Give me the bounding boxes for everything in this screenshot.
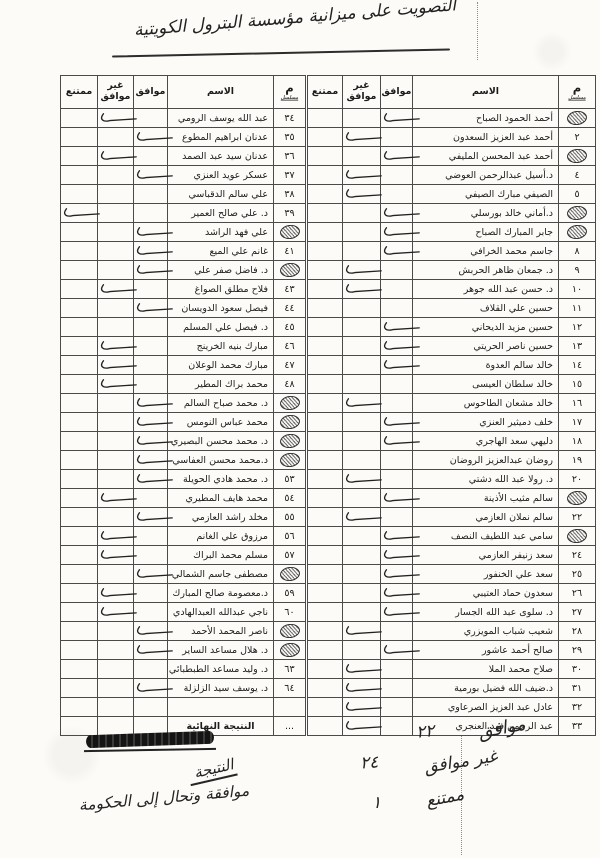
vote-disagree-cell: [98, 318, 134, 337]
table-row: ٣٢عادل عبد العزيز الصرعاوي: [308, 698, 596, 717]
stamp-mark: [566, 224, 588, 240]
vote-abstain-cell: [61, 318, 98, 337]
vote-abstain-cell: [61, 185, 98, 204]
table-row: ٣٦عدنان سيد عبد الصمد: [61, 147, 306, 166]
checkmark-icon: [343, 169, 383, 181]
table-row: ٨جاسم محمد الخرافي: [308, 242, 596, 261]
vote-abstain-cell: [61, 166, 98, 185]
vote-disagree-cell: [98, 280, 134, 299]
table-row: ٢٨شعيب شباب المويزري: [308, 622, 596, 641]
member-number-cell: ٤٧: [274, 356, 306, 375]
member-number-cell: ١٤: [559, 356, 596, 375]
table-row: ٣٩د. علي صالح العمير: [61, 204, 306, 223]
vote-agree-cell: [381, 337, 413, 356]
table-row: ٣٨علي سالم الدقباسي: [61, 185, 306, 204]
vote-agree-cell: [381, 698, 413, 717]
member-name-cell: [168, 698, 274, 717]
table-row: ٥٧مسلم محمد البراك: [61, 546, 306, 565]
col-header-number: م مسلسل: [559, 76, 596, 109]
table-row: ٤د.أسيل عبدالرحمن العوضي: [308, 166, 596, 185]
table-row: سالم مثيب الأذينة: [308, 489, 596, 508]
vote-disagree-cell: [98, 641, 134, 660]
vote-abstain-cell: [61, 337, 98, 356]
stamp-mark: [279, 642, 301, 658]
vote-disagree-cell: [343, 413, 381, 432]
member-name-cell: ناصر المحمد الأحمد: [168, 622, 274, 641]
member-number-cell: ٢٢: [559, 508, 596, 527]
member-number-cell: ١٢: [559, 318, 596, 337]
table-row: ٤٣فلاح مطلق الصواغ: [61, 280, 306, 299]
stamp-mark: [279, 414, 301, 430]
member-name-cell: محمد هايف المطيري: [168, 489, 274, 508]
vote-disagree-cell: [343, 223, 381, 242]
vote-abstain-cell: [61, 394, 98, 413]
col-header-abstain: ممتنع: [308, 76, 343, 109]
checkmark-icon: [343, 283, 383, 295]
vote-abstain-cell: [308, 280, 343, 299]
table-row: ٥٩د.معصومة صالح المبارك: [61, 584, 306, 603]
vote-abstain-cell: [61, 508, 98, 527]
checkmark-icon: [98, 492, 138, 504]
vote-agree-cell: [381, 603, 413, 622]
table-row: ٤٨محمد براك المطير: [61, 375, 306, 394]
vote-abstain-cell: [308, 546, 343, 565]
table-row: ٥٥مخلد راشد العازمي: [61, 508, 306, 527]
member-name-cell: أحمد عبد العزيز السعدون: [413, 128, 559, 147]
vote-disagree-cell: [343, 679, 381, 698]
vote-agree-cell: [381, 375, 413, 394]
member-name-cell: عسكر عويد العنزي: [168, 166, 274, 185]
table-row: ٢٥سعد علي الخنفور: [308, 565, 596, 584]
vote-disagree-cell: [343, 622, 381, 641]
table-row: ناصر المحمد الأحمد: [61, 622, 306, 641]
vote-abstain-cell: [61, 128, 98, 147]
vote-disagree-cell: [98, 261, 134, 280]
checkmark-icon: [98, 378, 138, 390]
member-name-cell: عادل عبد العزيز الصرعاوي: [413, 698, 559, 717]
table-row: د.محمد محسن العفاسي: [61, 451, 306, 470]
member-name-cell: د. محمد هادي الحويلة: [168, 470, 274, 489]
table-row: د. فاضل صفر علي: [61, 261, 306, 280]
vote-abstain-cell: [308, 565, 343, 584]
vote-disagree-cell: [343, 356, 381, 375]
member-number-cell: ٢٤: [559, 546, 596, 565]
vote-disagree-cell: [343, 546, 381, 565]
vote-agree-cell: [381, 470, 413, 489]
vote-abstain-cell: [308, 299, 343, 318]
number-header-label: م: [274, 82, 305, 95]
vote-agree-cell: [381, 394, 413, 413]
member-name-cell: فيصل سعود الدويسان: [168, 299, 274, 318]
vote-abstain-cell: [308, 223, 343, 242]
member-number-cell: [274, 432, 306, 451]
vote-agree-cell: [134, 128, 168, 147]
checkmark-icon: [343, 511, 383, 523]
member-number-cell: ٣٠: [559, 660, 596, 679]
vote-disagree-cell: [343, 470, 381, 489]
vote-disagree-cell: [98, 470, 134, 489]
vote-disagree-cell: [98, 223, 134, 242]
member-name-cell: د. علي صالح العمير: [168, 204, 274, 223]
member-name-cell: علي فهد الراشد: [168, 223, 274, 242]
vote-disagree-cell: [98, 337, 134, 356]
table-row: د. محمد صباح السالم: [61, 394, 306, 413]
checkmark-icon: [343, 473, 383, 485]
vote-agree-cell: [381, 166, 413, 185]
member-number-cell: [274, 261, 306, 280]
member-number-cell: ٣٦: [274, 147, 306, 166]
checkmark-icon: [343, 625, 383, 637]
vote-disagree-cell: [343, 204, 381, 223]
checkmark-icon: [98, 283, 138, 295]
member-name-cell: صالح أحمد عاشور: [413, 641, 559, 660]
member-name-cell: خالد سلطان العيسى: [413, 375, 559, 394]
member-number-cell: ١١: [559, 299, 596, 318]
vote-abstain-cell: [61, 204, 98, 223]
vote-abstain-cell: [308, 603, 343, 622]
member-name-cell: خالد مشعان الطاحوس: [413, 394, 559, 413]
member-number-cell: ٢٨: [559, 622, 596, 641]
col-header-disagree: غير موافق: [343, 76, 381, 109]
table-row: ١٤خالد سالم العدوة: [308, 356, 596, 375]
table-row: أحمد الحمود الصباح: [308, 109, 596, 128]
table-row: ٤٧مبارك محمد الوعلان: [61, 356, 306, 375]
vote-agree-cell: [134, 489, 168, 508]
vote-abstain-cell: [61, 261, 98, 280]
member-number-cell: ٥٥: [274, 508, 306, 527]
vote-abstain-cell: [308, 698, 343, 717]
vote-agree-cell: [381, 185, 413, 204]
member-number-cell: ١٣: [559, 337, 596, 356]
member-number-cell: [559, 527, 596, 546]
vote-abstain-cell: [61, 470, 98, 489]
col-header-name: الاسم: [413, 76, 559, 109]
vote-disagree-cell: [98, 299, 134, 318]
checkmark-icon: [343, 682, 383, 694]
vote-agree-cell: [134, 356, 168, 375]
vote-disagree-cell: [343, 584, 381, 603]
vote-agree-cell: [134, 584, 168, 603]
vote-disagree-cell: [343, 166, 381, 185]
vote-disagree-cell: [343, 318, 381, 337]
member-name-cell: أحمد الحمود الصباح: [413, 109, 559, 128]
table-row: ١١حسين علي القلاف: [308, 299, 596, 318]
member-name-cell: د.أسيل عبدالرحمن العوضي: [413, 166, 559, 185]
vote-abstain-cell: [61, 565, 98, 584]
member-name-cell: مسلم محمد البراك: [168, 546, 274, 565]
redacted-scribble-underline: [84, 748, 216, 752]
table-row: ١٧خلف دميثير العنزي: [308, 413, 596, 432]
vote-abstain-cell: [61, 280, 98, 299]
vote-disagree-cell: [98, 698, 134, 717]
member-name-cell: أحمد عبد المحسن المليفي: [413, 147, 559, 166]
member-number-cell: ٩: [559, 261, 596, 280]
vote-abstain-cell: [61, 641, 98, 660]
vote-agree-cell: [134, 394, 168, 413]
vote-disagree-cell: [343, 185, 381, 204]
vote-agree-cell: [381, 299, 413, 318]
checkmark-icon: [98, 549, 138, 561]
table-row: ١٦خالد مشعان الطاحوس: [308, 394, 596, 413]
member-name-cell: علي سالم الدقباسي: [168, 185, 274, 204]
vote-abstain-cell: [61, 356, 98, 375]
vote-disagree-cell: [343, 299, 381, 318]
vote-agree-cell: [134, 470, 168, 489]
table-row: ٦٣د. وليد مساعد الطبطبائي: [61, 660, 306, 679]
stamp-mark: [279, 395, 301, 411]
member-name-cell: سالم نملان العازمي: [413, 508, 559, 527]
checkmark-icon: [98, 530, 138, 542]
member-number-cell: ٣٤: [274, 109, 306, 128]
vote-abstain-cell: [308, 717, 343, 736]
member-name-cell: صلاح محمد الملا: [413, 660, 559, 679]
vote-agree-cell: [134, 318, 168, 337]
vote-agree-cell: [381, 565, 413, 584]
table-row: ٤٥د. فيصل علي المسلم: [61, 318, 306, 337]
vote-agree-cell: [134, 109, 168, 128]
vote-agree-cell: [381, 318, 413, 337]
vote-disagree-cell: [343, 451, 381, 470]
member-number-cell: [274, 698, 306, 717]
member-name-cell: عدنان سيد عبد الصمد: [168, 147, 274, 166]
page-title: التصويت على ميزانية مؤسسة البترول الكويت…: [96, 0, 494, 44]
vote-disagree-cell: [98, 166, 134, 185]
member-name-cell: د. محمد محسن البصيري: [168, 432, 274, 451]
vote-abstain-cell: [308, 394, 343, 413]
member-name-cell: سعدون حماد العتيبي: [413, 584, 559, 603]
vote-abstain-cell: [61, 622, 98, 641]
member-name-cell: حسين مزيد الديحاني: [413, 318, 559, 337]
vote-abstain-cell: [308, 204, 343, 223]
member-name-cell: خالد سالم العدوة: [413, 356, 559, 375]
vote-abstain-cell: [308, 584, 343, 603]
table-row: ٤٦مبارك بنيه الخرينج: [61, 337, 306, 356]
col-header-agree: موافق: [134, 76, 168, 109]
vote-abstain-cell: [308, 128, 343, 147]
table-row: ٣٥عدنان ابراهيم المطوع: [61, 128, 306, 147]
vote-agree-cell: [381, 641, 413, 660]
vote-abstain-cell: [308, 679, 343, 698]
tally-abstain-count: ١: [372, 793, 381, 813]
vote-agree-cell: [381, 584, 413, 603]
member-name-cell: د. فاضل صفر علي: [168, 261, 274, 280]
member-number-cell: ٣٢: [559, 698, 596, 717]
vote-agree-cell: [381, 717, 413, 736]
vote-abstain-cell: [61, 432, 98, 451]
member-number-cell: ٥٤: [274, 489, 306, 508]
vote-disagree-cell: [343, 527, 381, 546]
vote-disagree-cell: [98, 185, 134, 204]
vote-disagree-cell: [343, 242, 381, 261]
vote-disagree-cell: [98, 204, 134, 223]
checkmark-icon: [98, 587, 138, 599]
number-header-subscript: مسلسل: [276, 96, 302, 102]
vote-abstain-cell: [308, 660, 343, 679]
member-name-cell: د. وليد مساعد الطبطبائي: [168, 660, 274, 679]
table-row: ٣٣عبد الرحمن فهد العنجري: [308, 717, 596, 736]
member-number-cell: ٢٦: [559, 584, 596, 603]
member-number-cell: ٣٣: [559, 717, 596, 736]
vote-agree-cell: [134, 223, 168, 242]
col-header-number: م مسلسل: [274, 76, 306, 109]
table-row: ٢٤سعد زنيفر العازمي: [308, 546, 596, 565]
member-number-cell: ٢٠: [559, 470, 596, 489]
vote-agree-cell: [134, 641, 168, 660]
vote-agree-cell: [134, 261, 168, 280]
vote-agree-cell: [381, 204, 413, 223]
col-header-name: الاسم: [168, 76, 274, 109]
vote-agree-cell: [381, 147, 413, 166]
result-label: النتيجة: [186, 755, 238, 786]
table-header-row: م مسلسل الاسم موافق غير موافق ممتنع: [308, 76, 596, 109]
table-row: ٩د. جمعان ظاهر الحربش: [308, 261, 596, 280]
member-number-cell: ٤٤: [274, 299, 306, 318]
title-underline: [112, 48, 450, 57]
vote-agree-cell: [134, 204, 168, 223]
vote-disagree-cell: [98, 375, 134, 394]
table-row: ٥٦مرزوق علي الغانم: [61, 527, 306, 546]
member-name-cell: جابر المبارك الصباح: [413, 223, 559, 242]
vote-agree-cell: [381, 223, 413, 242]
member-number-cell: ٢٩: [559, 641, 596, 660]
vote-disagree-cell: [343, 147, 381, 166]
vote-disagree-cell: [98, 527, 134, 546]
vote-agree-cell: [134, 432, 168, 451]
vote-abstain-cell: [61, 299, 98, 318]
stamp-mark: [279, 224, 301, 240]
checkmark-icon: [343, 663, 383, 675]
vote-disagree-cell: [343, 261, 381, 280]
vote-abstain-cell: [308, 147, 343, 166]
vote-disagree-cell: [343, 717, 381, 736]
member-number-cell: ٤٦: [274, 337, 306, 356]
member-number-cell: [274, 413, 306, 432]
member-number-cell: ١٨: [559, 432, 596, 451]
checkmark-icon: [98, 112, 138, 124]
table-row: ١٥خالد سلطان العيسى: [308, 375, 596, 394]
member-name-cell: د. جمعان ظاهر الحربش: [413, 261, 559, 280]
member-number-cell: ١٧: [559, 413, 596, 432]
member-name-cell: د. هلال مساعد الساير: [168, 641, 274, 660]
checkmark-icon: [98, 606, 138, 618]
vote-disagree-cell: [343, 660, 381, 679]
vote-disagree-cell: [98, 508, 134, 527]
member-number-cell: ١٠: [559, 280, 596, 299]
member-number-cell: ٤٥: [274, 318, 306, 337]
vote-agree-cell: [134, 527, 168, 546]
vote-agree-cell: [381, 356, 413, 375]
vote-abstain-cell: [308, 318, 343, 337]
vote-disagree-cell: [98, 717, 134, 736]
vote-disagree-cell: [343, 698, 381, 717]
table-row: [61, 698, 306, 717]
member-name-cell: مخلد راشد العازمي: [168, 508, 274, 527]
checkmark-icon: [343, 701, 383, 713]
vote-agree-cell: [134, 375, 168, 394]
vote-agree-cell: [134, 660, 168, 679]
member-number-cell: ٣٨: [274, 185, 306, 204]
vote-agree-cell: [134, 565, 168, 584]
scanned-page: التصويت على ميزانية مؤسسة البترول الكويت…: [0, 0, 600, 858]
checkmark-icon: [343, 720, 383, 732]
vote-disagree-cell: [343, 432, 381, 451]
vote-abstain-cell: [61, 603, 98, 622]
vote-disagree-cell: [98, 489, 134, 508]
table-row: ٢٩صالح أحمد عاشور: [308, 641, 596, 660]
table-row: ٥٤محمد هايف المطيري: [61, 489, 306, 508]
member-name-cell: مبارك محمد الوعلان: [168, 356, 274, 375]
member-number-cell: [559, 223, 596, 242]
vote-disagree-cell: [98, 128, 134, 147]
checkmark-icon: [343, 264, 383, 276]
vote-abstain-cell: [308, 527, 343, 546]
table-row: ٢٧د. سلوى عبد الله الجسار: [308, 603, 596, 622]
vote-disagree-cell: [343, 375, 381, 394]
member-name-cell: سامي عبد اللطيف النصف: [413, 527, 559, 546]
table-row: ١٨دليهي سعد الهاجري: [308, 432, 596, 451]
vote-abstain-cell: [61, 489, 98, 508]
member-number-cell: ٥٣: [274, 470, 306, 489]
stamp-mark: [566, 205, 588, 221]
member-name-cell: مصطفى جاسم الشمالي: [168, 565, 274, 584]
member-number-cell: ٢: [559, 128, 596, 147]
vote-abstain-cell: [61, 584, 98, 603]
vote-agree-cell: [381, 242, 413, 261]
table-row: ١٠د. حسن عبد الله جوهر: [308, 280, 596, 299]
member-name-cell: محمد براك المطير: [168, 375, 274, 394]
member-name-cell: د.أماني خالد بورسلي: [413, 204, 559, 223]
table-row: ٦٠ناجي عبدالله العبدالهادي: [61, 603, 306, 622]
table-row: ٢٢سالم نملان العازمي: [308, 508, 596, 527]
member-number-cell: ٥٩: [274, 584, 306, 603]
stamp-mark: [279, 433, 301, 449]
table-row: ٣١د.ضيف الله فضيل بورمية: [308, 679, 596, 698]
col-header-abstain: ممتنع: [61, 76, 98, 109]
table-row: ٦٤د. يوسف سيد الزلزلة: [61, 679, 306, 698]
member-name-cell: سعد زنيفر العازمي: [413, 546, 559, 565]
vote-abstain-cell: [308, 413, 343, 432]
stamp-mark: [566, 490, 588, 506]
stamp-mark: [279, 566, 301, 582]
table-row: ١٩روضان عبدالعزيز الروضان: [308, 451, 596, 470]
vote-abstain-cell: [308, 622, 343, 641]
member-name-cell: د.محمد محسن العفاسي: [168, 451, 274, 470]
checkmark-icon: [98, 340, 138, 352]
vote-abstain-cell: [61, 527, 98, 546]
vote-disagree-cell: [98, 109, 134, 128]
checkmark-icon: [343, 131, 383, 143]
table-row: ٣٠صلاح محمد الملا: [308, 660, 596, 679]
table-row: ٤١غانم علي الميع: [61, 242, 306, 261]
member-number-cell: [559, 147, 596, 166]
table-row: ٥الصيفي مبارك الصيفي: [308, 185, 596, 204]
member-name-cell: دليهي سعد الهاجري: [413, 432, 559, 451]
vote-disagree-cell: [343, 641, 381, 660]
vote-disagree-cell: [98, 413, 134, 432]
vote-agree-cell: [134, 166, 168, 185]
member-name-cell: د. فيصل علي المسلم: [168, 318, 274, 337]
vote-disagree-cell: [343, 603, 381, 622]
vote-agree-cell: [381, 527, 413, 546]
vote-abstain-cell: [308, 337, 343, 356]
vote-abstain-cell: [308, 451, 343, 470]
member-name-cell: الصيفي مبارك الصيفي: [413, 185, 559, 204]
vote-agree-cell: [381, 679, 413, 698]
member-name-cell: حسين علي القلاف: [413, 299, 559, 318]
vote-disagree-cell: [98, 565, 134, 584]
member-name-cell: شعيب شباب المويزري: [413, 622, 559, 641]
vote-agree-cell: [381, 508, 413, 527]
